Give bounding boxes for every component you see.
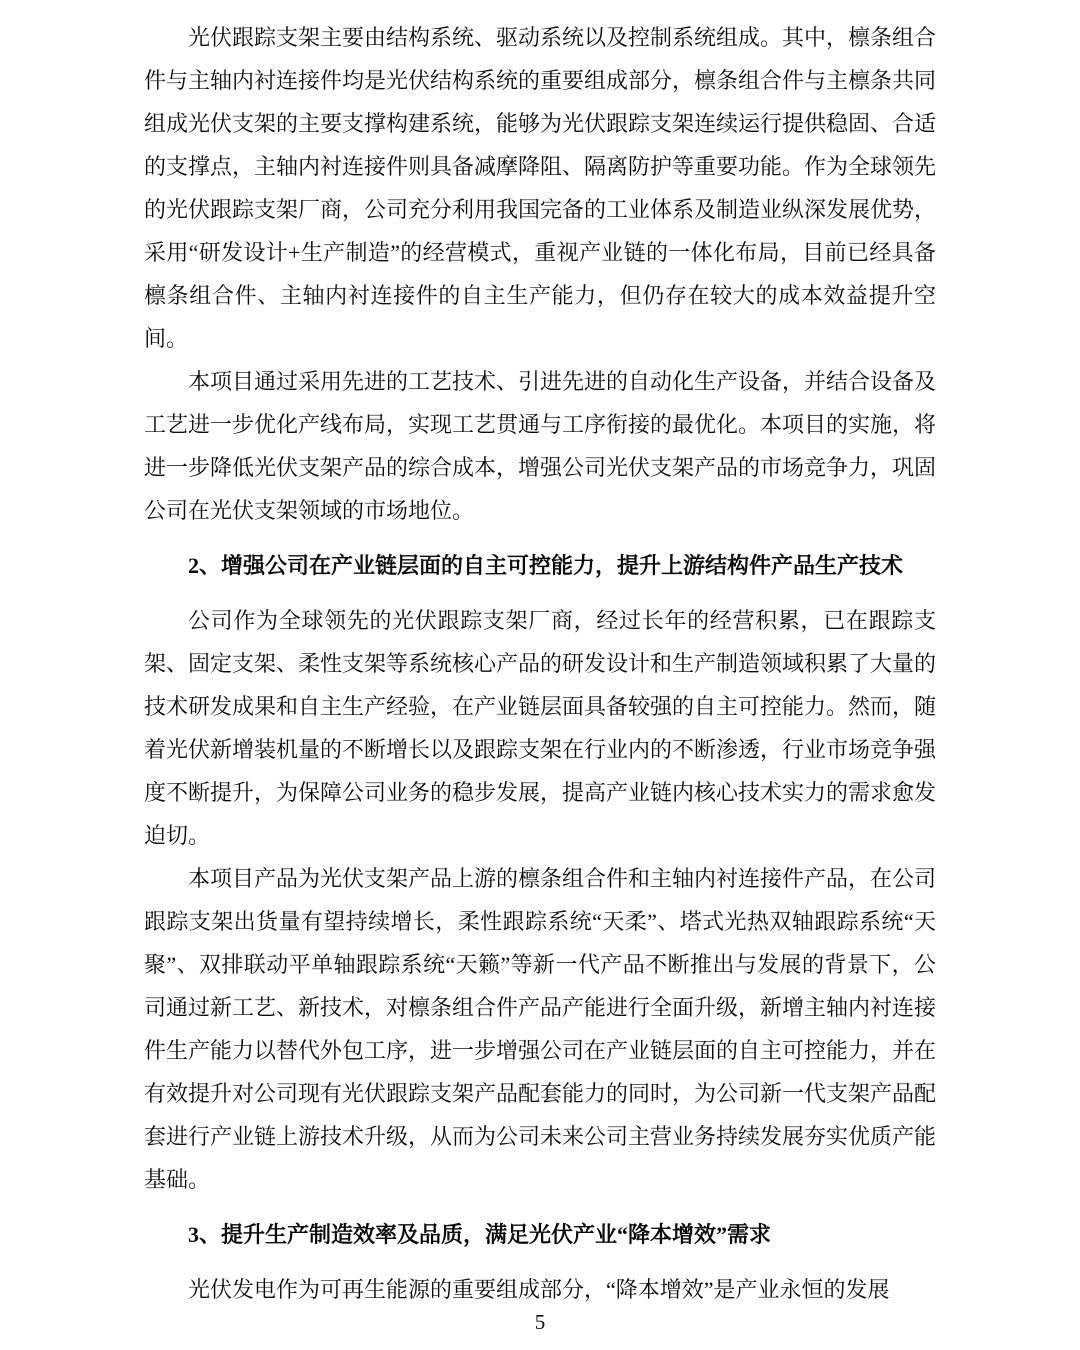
document-page: 光伏跟踪支架主要由结构系统、驱动系统以及控制系统组成。其中，檩条组合件与主轴内衬… (0, 0, 1080, 1350)
heading-2-supply-chain-self-control: 2、增强公司在产业链层面的自主可控能力，提升上游结构件产品生产技术 (144, 544, 936, 587)
paragraph-company-rd-accumulation: 公司作为全球领先的光伏跟踪支架厂商，经过长年的经营积累，已在跟踪支架、固定支架、… (144, 599, 936, 857)
paragraph-project-process-optimization: 本项目通过采用先进的工艺技术、引进先进的自动化生产设备，并结合设备及工艺进一步优… (144, 360, 936, 532)
heading-3-efficiency-and-quality: 3、提升生产制造效率及品质，满足光伏产业“降本增效”需求 (144, 1213, 936, 1256)
page-number: 5 (0, 1310, 1080, 1335)
paragraph-project-upstream-products: 本项目产品为光伏支架产品上游的檩条组合件和主轴内衬连接件产品，在公司跟踪支架出货… (144, 857, 936, 1201)
paragraph-tracker-system-composition: 光伏跟踪支架主要由结构系统、驱动系统以及控制系统组成。其中，檩条组合件与主轴内衬… (144, 16, 936, 360)
document-body: 光伏跟踪支架主要由结构系统、驱动系统以及控制系统组成。其中，檩条组合件与主轴内衬… (144, 16, 936, 1311)
paragraph-pv-cost-reduction: 光伏发电作为可再生能源的重要组成部分，“降本增效”是产业永恒的发展 (144, 1268, 936, 1311)
